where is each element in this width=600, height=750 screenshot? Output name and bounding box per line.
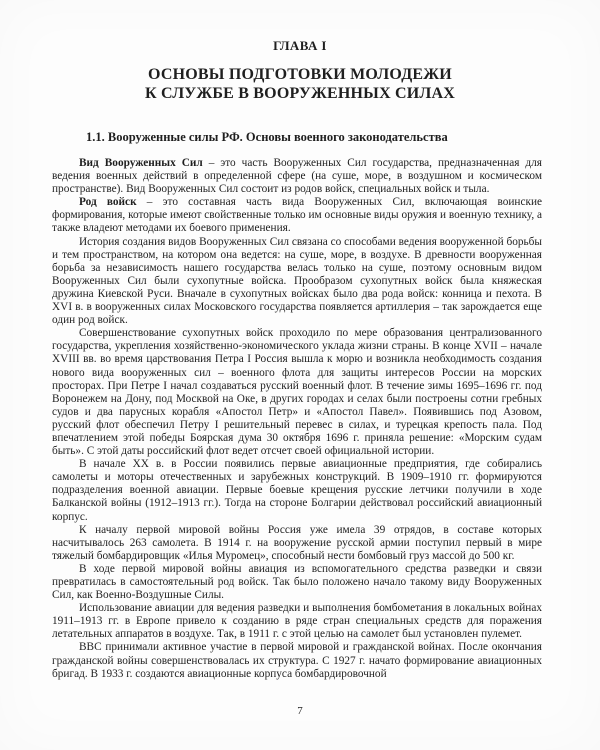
paragraph-lead-term: Вид Вооруженных Сил (79, 157, 203, 169)
paragraph: К началу первой мировой войны Россия уже… (52, 524, 542, 563)
document-page: ГЛАВА I ОСНОВЫ ПОДГОТОВКИ МОЛОДЕЖИ К СЛУ… (0, 0, 600, 750)
section-heading: 1.1. Вооруженные силы РФ. Основы военног… (86, 130, 544, 145)
page-number: 7 (0, 705, 600, 717)
paragraph: Использование авиации для ведения развед… (52, 602, 542, 641)
paragraph: ВВС принимали активное участие в первой … (52, 641, 542, 680)
chapter-label: ГЛАВА I (0, 38, 600, 54)
chapter-title-line-1: ОСНОВЫ ПОДГОТОВКИ МОЛОДЕЖИ (148, 66, 452, 83)
chapter-title: ОСНОВЫ ПОДГОТОВКИ МОЛОДЕЖИ К СЛУЖБЕ В ВО… (40, 65, 560, 103)
paragraph: В начале XX в. в России появились первые… (52, 458, 542, 523)
paragraph-lead-term: Род войск (79, 196, 137, 208)
body-text: Вид Вооруженных Сил – это часть Вооружен… (52, 157, 542, 681)
paragraph: Совершенствование сухопутных войск прохо… (52, 327, 542, 458)
chapter-title-line-2: К СЛУЖБЕ В ВООРУЖЕННЫХ СИЛАХ (145, 85, 455, 102)
paragraph: Вид Вооруженных Сил – это часть Вооружен… (52, 157, 542, 196)
paragraph: История создания видов Вооруженных Сил с… (52, 236, 542, 328)
paragraph: Род войск – это составная часть вида Воо… (52, 196, 542, 235)
paragraph: В ходе первой мировой войны авиация из в… (52, 563, 542, 602)
